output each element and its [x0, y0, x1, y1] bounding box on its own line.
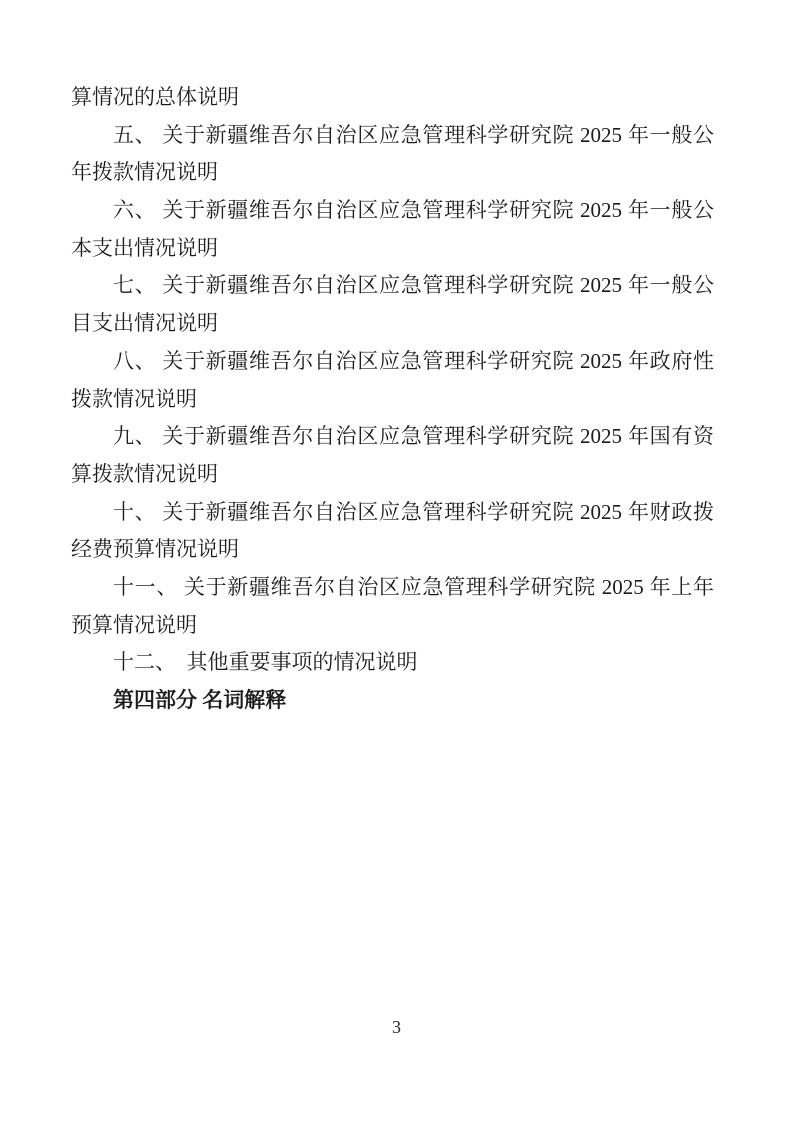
toc-item-11-line1: 十一、 关于新疆维吾尔自治区应急管理科学研究院 2025 年上年结转结余: [71, 569, 714, 607]
toc-item-11-line2: 预算情况说明: [71, 607, 714, 645]
section-heading-part4: 第四部分 名词解释: [71, 682, 714, 720]
toc-item-5-line1: 五、 关于新疆维吾尔自治区应急管理科学研究院 2025 年一般公共预算当: [71, 117, 714, 155]
toc-item-12: 十二、 其他重要事项的情况说明: [71, 644, 714, 682]
toc-item-10-line1: 十、 关于新疆维吾尔自治区应急管理科学研究院 2025 年财政拨款“三公”: [71, 494, 714, 532]
toc-item-8-line2: 拨款情况说明: [71, 381, 714, 419]
toc-item-4-continuation: 算情况的总体说明: [71, 79, 714, 117]
toc-item-6-line1: 六、 关于新疆维吾尔自治区应急管理科学研究院 2025 年一般公共预算基: [71, 192, 714, 230]
toc-item-9-line1: 九、 关于新疆维吾尔自治区应急管理科学研究院 2025 年国有资本经营预: [71, 418, 714, 456]
toc-item-9-line2: 算拨款情况说明: [71, 456, 714, 494]
toc-item-10-line2: 经费预算情况说明: [71, 531, 714, 569]
toc-item-6-line2: 本支出情况说明: [71, 230, 714, 268]
document-page: 算情况的总体说明 五、 关于新疆维吾尔自治区应急管理科学研究院 2025 年一般…: [0, 0, 793, 1122]
toc-item-7-line2: 目支出情况说明: [71, 305, 714, 343]
toc-item-8-line1: 八、 关于新疆维吾尔自治区应急管理科学研究院 2025 年政府性基金预算: [71, 343, 714, 381]
toc-item-7-line1: 七、 关于新疆维吾尔自治区应急管理科学研究院 2025 年一般公共预算项: [71, 267, 714, 305]
page-number: 3: [0, 1015, 793, 1039]
document-body: 算情况的总体说明 五、 关于新疆维吾尔自治区应急管理科学研究院 2025 年一般…: [71, 79, 714, 720]
toc-item-5-line2: 年拨款情况说明: [71, 154, 714, 192]
